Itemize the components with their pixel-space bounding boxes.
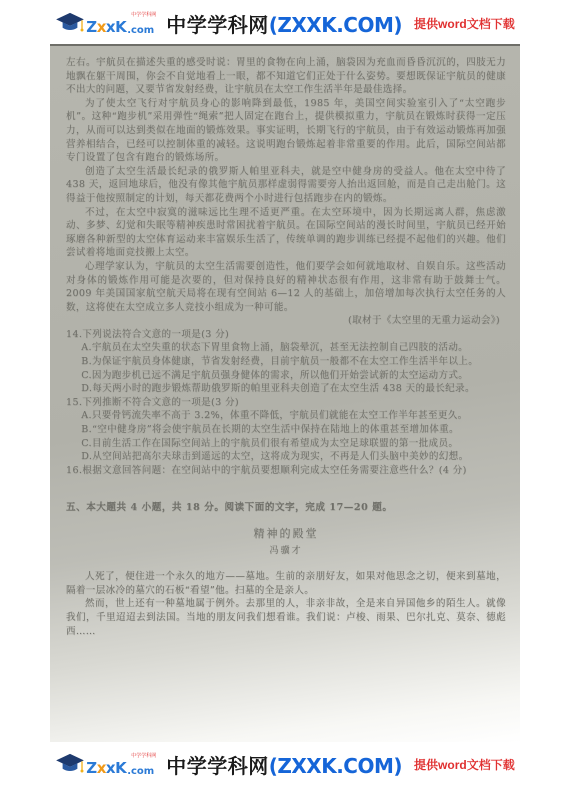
zxxk-logo: ZxxK .com 中学学科网 xyxy=(55,12,154,36)
logo-letters: ZxxK xyxy=(86,759,126,777)
question-14-option-c: C.因为跑步机已远不满足宇航员强身健体的需求，所以他们开始尝试新的太空运动方式。 xyxy=(66,369,506,383)
question-14-option-a: A.宇航员在太空失重的状态下胃里食物上涌，脑袋晕沉，甚至无法控制自己四肢的活动。 xyxy=(66,341,506,355)
question-14-stem: 14.下列说法符合文意的一项是(3 分) xyxy=(66,328,506,342)
question-16-stem: 16.根据文意回答问题：在空间站中的宇航员要想顺利完成太空任务需要注意些什么？(… xyxy=(66,464,506,478)
graduation-cap-icon xyxy=(55,12,85,36)
graduation-cap-icon xyxy=(55,753,85,777)
question-14-option-d: D.每天两小时的跑步锻炼帮助俄罗斯的帕里亚科夫创造了在太空生活 438 天的最长… xyxy=(66,382,506,396)
question-15-option-b: B.“空中健身房”将会使宇航员在长期的太空生活中保持在陆地上的体重甚至增加体重。 xyxy=(66,423,506,437)
footer-banner: ZxxK .com 中学学科网 中学学科网(ZXXK.COM) 提供word文档… xyxy=(50,742,520,785)
logo-tiny-text: 中学学科网 xyxy=(131,752,156,759)
passage-attribution: (取材于《太空里的无重力运动会》) xyxy=(66,314,500,328)
essay-paragraph: 人死了，便住进一个永久的地方——墓地。生前的亲朋好友，如果对他思念之切，便来到墓… xyxy=(66,570,506,597)
question-15-option-c: C.目前生活工作在国际空间站上的宇航员们很有希望成为太空足球联盟的第一批成员。 xyxy=(66,437,506,451)
logo-dotcom: .com xyxy=(127,766,154,777)
scanned-exam-page: 左右。宇航员在描述失重的感受时说：胃里的食物在向上涌，脑袋因为充血而昏昏沉沉的，… xyxy=(50,44,520,742)
site-domain: (ZXXK.COM) xyxy=(269,13,402,37)
passage-paragraph: 为了使太空飞行对宇航员身心的影响降到最低，1985 年，美国空间实验室引入了“太… xyxy=(66,97,506,165)
logo-tiny-text: 中学学科网 xyxy=(131,11,156,18)
header-banner: ZxxK .com 中学学科网 中学学科网(ZXXK.COM) 提供word文档… xyxy=(50,0,520,44)
essay-title: 精神的殿堂 xyxy=(66,527,506,541)
passage-paragraph: 不过，在太空中寂寞的滋味远比生理不适更严重。在太空环境中，因为长期远离人群，焦虑… xyxy=(66,206,506,260)
passage-paragraph: 心理学家认为，宇航员的太空生活需要创造性，他们要学会如何就地取材、自娱自乐。这些… xyxy=(66,260,506,314)
site-title: 中学学科网(ZXXK.COM) xyxy=(166,750,402,779)
question-15-stem: 15.下列推断不符合文意的一项是(3 分) xyxy=(66,396,506,410)
site-title: 中学学科网(ZXXK.COM) xyxy=(166,9,402,38)
section-5-intro: 五、本大题共 4 小题，共 18 分。阅读下面的文字，完成 17—20 题。 xyxy=(66,501,506,515)
passage-paragraph: 创造了太空生活最长纪录的俄罗斯人帕里亚科夫，就是空中健身房的受益人。他在太空中待… xyxy=(66,165,506,206)
footer-tagline: 提供word文档下载 xyxy=(414,756,515,773)
logo-letters: ZxxK xyxy=(86,18,126,36)
section-gap xyxy=(66,477,506,501)
question-14-option-b: B.为保证宇航员身体健康，节省发射经费，目前宇航员一般都不在太空工作生活半年以上… xyxy=(66,355,506,369)
logo-dotcom: .com xyxy=(127,25,154,36)
site-domain: (ZXXK.COM) xyxy=(269,754,402,778)
essay-paragraph: 然而，世上还有一种墓地属于例外。去那里的人，非亲非故，全是来自异国他乡的陌生人。… xyxy=(66,597,506,638)
essay-author: 冯骥才 xyxy=(66,545,506,559)
page: ZxxK .com 中学学科网 中学学科网(ZXXK.COM) 提供word文档… xyxy=(0,0,570,800)
question-15-option-a: A.只要骨钙流失率不高于 3.2%，体重不降低，宇航员们就能在太空工作半年甚至更… xyxy=(66,409,506,423)
header-tagline: 提供word文档下载 xyxy=(414,15,515,32)
zxxk-logo: ZxxK .com 中学学科网 xyxy=(55,753,154,777)
passage-paragraph: 左右。宇航员在描述失重的感受时说：胃里的食物在向上涌，脑袋因为充血而昏昏沉沉的，… xyxy=(66,56,506,97)
question-15-option-d: D.从空间站把高尔夫球击到遥远的太空，这将成为现实，不再是人们头脑中美妙的幻想。 xyxy=(66,450,506,464)
